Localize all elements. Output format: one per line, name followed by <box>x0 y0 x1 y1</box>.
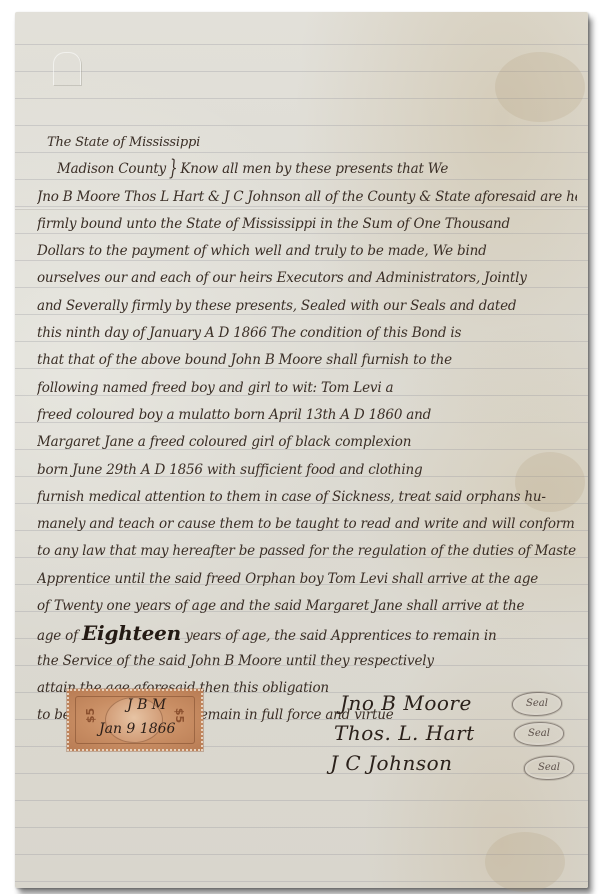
stamp-cancellation: J B M Jan 9 1866 <box>97 693 175 741</box>
text-line-content: age of <box>37 628 78 644</box>
text-line: furnish medical attention to them in cas… <box>37 484 577 511</box>
paper-stain <box>485 832 565 892</box>
text-line: Apprentice until the said freed Orphan b… <box>37 566 577 593</box>
signature-name: Jno B Moore <box>340 691 472 715</box>
text-line: of Twenty one years of age and the said … <box>37 593 577 620</box>
text-line: age of Eighteen years of age, the said A… <box>37 620 577 647</box>
seal-scroll-icon: Seal <box>514 722 564 746</box>
revenue-stamp: $5 $5 J B M Jan 9 1866 <box>67 689 203 751</box>
signature-name: Thos. L. Hart <box>334 721 475 745</box>
signature-name: J C Johnson <box>330 751 453 775</box>
text-line-content: Know all men by these presents that We <box>180 161 448 177</box>
text-line: Dollars to the payment of which well and… <box>37 238 577 265</box>
seal-scroll-icon: Seal <box>524 756 574 780</box>
text-line: Jno B Moore Thos L Hart & J C Johnson al… <box>37 184 577 211</box>
state-heading: The State of Mississippi <box>37 129 577 156</box>
stamp-cancel-initials: J B M <box>97 693 175 717</box>
embossed-watermark-icon <box>53 52 81 85</box>
handwritten-body: The State of Mississippi Madison County}… <box>37 129 577 730</box>
text-line: and Severally firmly by these presents, … <box>37 293 577 320</box>
text-line: following named freed boy and girl to wi… <box>37 375 577 402</box>
stamp-cancel-date: Jan 9 1866 <box>97 717 175 741</box>
signature-row: Thos. L. Hart Seal <box>328 718 578 748</box>
text-line: ourselves our and each of our heirs Exec… <box>37 265 577 292</box>
emphasized-word: Eighteen <box>82 621 181 645</box>
text-line: Madison County}Know all men by these pre… <box>37 156 577 183</box>
text-line: Margaret Jane a freed coloured girl of b… <box>37 429 577 456</box>
seal-scroll-icon: Seal <box>512 692 562 716</box>
county-heading: Madison County <box>57 161 166 177</box>
signature-row: Jno B Moore Seal <box>328 688 578 718</box>
text-line: to any law that may hereafter be passed … <box>37 538 577 565</box>
text-line: born June 29th A D 1856 with sufficient … <box>37 457 577 484</box>
text-line-content: years of age, the said Apprentices to re… <box>181 628 496 644</box>
text-line: freed coloured boy a mulatto born April … <box>37 402 577 429</box>
stamp-denomination: $5 <box>84 708 97 723</box>
brace-mark: } <box>169 156 177 183</box>
text-line: this ninth day of January A D 1866 The c… <box>37 320 577 347</box>
signature-row: J C Johnson Seal <box>328 748 578 778</box>
text-line: that that of the above bound John B Moor… <box>37 347 577 374</box>
text-line: firmly bound unto the State of Mississip… <box>37 211 577 238</box>
paper-stain <box>495 52 585 122</box>
text-line: manely and teach or cause them to be tau… <box>37 511 577 538</box>
signature-block: Jno B Moore Seal Thos. L. Hart Seal J C … <box>328 688 578 778</box>
text-line: the Service of the said John B Moore unt… <box>37 648 577 675</box>
